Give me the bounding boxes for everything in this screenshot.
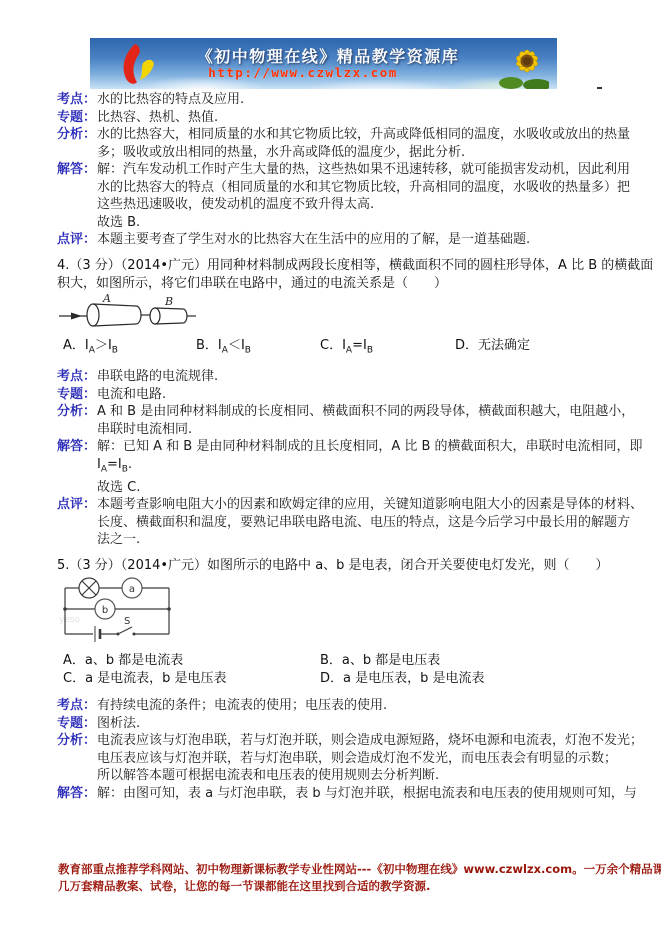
q3-zhuanti-row: 专题： 比热容、热机、热值. bbox=[57, 109, 630, 127]
q4-option-d: D．无法确定 bbox=[455, 334, 530, 353]
q3-fenxi-line2: 多；吸收或放出相同的热量，水升高或降低的温度少，据此分析. bbox=[97, 144, 630, 162]
q4-fenxi-line1: A 和 B 是由同种材料制成的长度相同、横截面积不同的两段导体，横截面积越大，电… bbox=[97, 403, 634, 421]
conductor-b-label: B bbox=[164, 295, 173, 308]
q3-jieda-line1: 解：汽车发动机工作时产生大量的热，这些热如果不迅速转移，就可能损害发动机，因此利… bbox=[97, 161, 630, 179]
q4-fenxi-row: 分析： A 和 B 是由同种材料制成的长度相同、横截面积不同的两段导体，横截面积… bbox=[57, 403, 643, 438]
q5-option-d: D．a 是电压表，b 是电流表 bbox=[320, 667, 485, 686]
stray-mark bbox=[597, 87, 602, 89]
fenxi-label: 分析： bbox=[57, 403, 97, 421]
q4-jieda-line1: 解：已知 A 和 B 是由同种材料制成的且长度相同，A 比 B 的横截面积大，串… bbox=[97, 438, 643, 456]
q5-circuit-diagram: yeso a b S bbox=[57, 576, 182, 646]
q5-zhuanti-text: 图析法. bbox=[97, 715, 140, 733]
jieda-label: 解答： bbox=[57, 438, 97, 456]
meter-b-label: b bbox=[102, 605, 108, 616]
jieda-label: 解答： bbox=[57, 785, 97, 803]
q3-jieda-line2: 水的比热容大的特点（相同质量的水和其它物质比较，升高相同的温度，水吸收的热量多）… bbox=[97, 179, 630, 197]
meter-a-label: a bbox=[129, 584, 135, 595]
q4-conductors-diagram: A B bbox=[57, 293, 197, 333]
q4-fenxi-line2: 串联时电流相同. bbox=[97, 421, 634, 439]
q5-fenxi-line2: 电压表应该与灯泡并联，若与灯泡串联，则会造成灯泡不发光，而电压表会有明显的示数； bbox=[97, 750, 643, 768]
q4-answer-choice: 故选 C. bbox=[97, 479, 643, 497]
jieda-label: 解答： bbox=[57, 161, 97, 179]
sunflower-icon bbox=[497, 39, 549, 89]
q4-answer-block: 考点： 串联电路的电流规律. 专题： 电流和电路. 分析： A 和 B 是由同种… bbox=[57, 368, 643, 549]
q5-text-line1: 5.（3 分）（2014•广元）如图所示的电路中 a、b 是电表，闭合开关要使电… bbox=[57, 557, 609, 575]
q5-fenxi-row: 分析： 电流表应该与灯泡串联，若与灯泡并联，则会造成电源短路，烧坏电源和电流表，… bbox=[57, 732, 643, 785]
banner-url: http://www.czwlzx.com bbox=[178, 65, 428, 80]
q3-fenxi-line1: 水的比热容大，相同质量的水和其它物质比较，升高或降低相同的温度，水吸收或放出的热… bbox=[97, 126, 630, 144]
q5-options-row2: C．a 是电流表，b 是电压表 D．a 是电压表，b 是电流表 bbox=[0, 667, 661, 687]
q3-zhuanti-text: 比热容、热机、热值. bbox=[97, 109, 218, 127]
q4-option-a: A．IA＞IB bbox=[63, 334, 118, 356]
q3-answer-choice: 故选 B. bbox=[97, 214, 630, 232]
zhuanti-label: 专题： bbox=[57, 386, 97, 404]
q4-zhuanti-row: 专题： 电流和电路. bbox=[57, 386, 643, 404]
q4-kaodian-text: 串联电路的电流规律. bbox=[97, 368, 218, 386]
footer-line1: 教育部重点推荐学科网站、初中物理新课标教学专业性网站---《初中物理在线》www… bbox=[58, 861, 628, 878]
kaodian-label: 考点： bbox=[57, 697, 97, 715]
q4-dianping-line1: 本题考查影响电阻大小的因素和欧姆定律的应用，关键知道影响电阻大小的因素是导体的材… bbox=[97, 496, 643, 514]
switch-s-label: S bbox=[124, 616, 130, 627]
question-5: 5.（3 分）（2014•广元）如图所示的电路中 a、b 是电表，闭合开关要使电… bbox=[57, 557, 609, 575]
q4-text-line2: 积大，如图所示，将它们串联在电路中，通过的电流关系是（ ） bbox=[57, 275, 653, 293]
site-banner: 《初中物理在线》精品教学资源库 http://www.czwlzx.com bbox=[90, 38, 557, 89]
q3-jieda-row: 解答： 解：汽车发动机工作时产生大量的热，这些热如果不迅速转移，就可能损害发动机… bbox=[57, 161, 630, 231]
kaodian-label: 考点： bbox=[57, 368, 97, 386]
q5-kaodian-row: 考点： 有持续电流的条件；电流表的使用；电压表的使用. bbox=[57, 697, 643, 715]
q5-option-b: B．a、b 都是电压表 bbox=[320, 649, 440, 668]
q5-option-a: A．a、b 都是电流表 bbox=[63, 649, 183, 668]
q4-text-line1: 4.（3 分）（2014•广元）用同种材料制成两段长度相等，横截面积不同的圆柱形… bbox=[57, 257, 653, 275]
q4-dianping-row: 点评： 本题考查影响电阻大小的因素和欧姆定律的应用，关键知道影响电阻大小的因素是… bbox=[57, 496, 643, 549]
q4-kaodian-row: 考点： 串联电路的电流规律. bbox=[57, 368, 643, 386]
question-4: 4.（3 分）（2014•广元）用同种材料制成两段长度相等，横截面积不同的圆柱形… bbox=[57, 257, 653, 292]
q5-options-row1: A．a、b 都是电流表 B．a、b 都是电压表 bbox=[0, 649, 661, 669]
q3-dianping-text: 本题主要考查了学生对水的比热容大在生活中的应用的了解，是一道基础题. bbox=[97, 231, 530, 249]
kaodian-label: 考点： bbox=[57, 91, 97, 109]
fenxi-label: 分析： bbox=[57, 126, 97, 144]
q5-option-c: C．a 是电流表，b 是电压表 bbox=[63, 667, 227, 686]
fenxi-label: 分析： bbox=[57, 732, 97, 750]
footer-line2: 几万套精品教案、试卷，让您的每一节课都能在这里找到合适的教学资源. bbox=[58, 878, 628, 895]
q5-fenxi-line1: 电流表应该与灯泡串联，若与灯泡并联，则会造成电源短路，烧坏电源和电流表，灯泡不发… bbox=[97, 732, 643, 750]
page-footer: 教育部重点推荐学科网站、初中物理新课标教学专业性网站---《初中物理在线》www… bbox=[58, 861, 628, 894]
q4-dianping-line2: 长度、横截面积和温度，要熟记串联电路电流、电压的特点，这是今后学习中最长用的解题… bbox=[97, 514, 643, 532]
zhuanti-label: 专题： bbox=[57, 715, 97, 733]
conductor-a-label: A bbox=[102, 293, 111, 305]
q5-jieda-line1: 解：由图可知，表 a 与灯泡串联，表 b 与灯泡并联，根据电流表和电压表的使用规… bbox=[97, 785, 637, 803]
q5-kaodian-text: 有持续电流的条件；电流表的使用；电压表的使用. bbox=[97, 697, 387, 715]
dianping-label: 点评： bbox=[57, 231, 97, 249]
q3-dianping-row: 点评： 本题主要考查了学生对水的比热容大在生活中的应用的了解，是一道基础题. bbox=[57, 231, 630, 249]
q4-jieda-row: 解答： 解：已知 A 和 B 是由同种材料制成的且长度相同，A 比 B 的横截面… bbox=[57, 438, 643, 496]
banner-title: 《初中物理在线》精品教学资源库 bbox=[178, 44, 478, 67]
q3-answer-block: 考点： 水的比热容的特点及应用. 专题： 比热容、热机、热值. 分析： 水的比热… bbox=[57, 91, 630, 249]
dianping-label: 点评： bbox=[57, 496, 97, 514]
document-page: 《初中物理在线》精品教学资源库 http://www.czwlzx.com 考点… bbox=[0, 0, 661, 936]
q4-options: A．IA＞IB B．IA＜IB C．IA=IB D．无法确定 bbox=[0, 334, 661, 354]
site-logo-icon bbox=[118, 43, 162, 87]
q3-kaodian-row: 考点： 水的比热容的特点及应用. bbox=[57, 91, 630, 109]
q5-jieda-row: 解答： 解：由图可知，表 a 与灯泡串联，表 b 与灯泡并联，根据电流表和电压表… bbox=[57, 785, 643, 803]
q3-jieda-line3: 这些热迅速吸收，使发动机的温度不致升得太高. bbox=[97, 196, 630, 214]
watermark-text: yeso bbox=[59, 615, 81, 625]
q4-zhuanti-text: 电流和电路. bbox=[97, 386, 166, 404]
q4-option-c: C．IA=IB bbox=[320, 334, 373, 356]
q4-option-b: B．IA＜IB bbox=[196, 334, 251, 356]
q5-zhuanti-row: 专题： 图析法. bbox=[57, 715, 643, 733]
q4-jieda-formula: IA=IB. bbox=[97, 456, 643, 479]
zhuanti-label: 专题： bbox=[57, 109, 97, 127]
q5-answer-block: 考点： 有持续电流的条件；电流表的使用；电压表的使用. 专题： 图析法. 分析：… bbox=[57, 697, 643, 802]
q4-dianping-line3: 法之一. bbox=[97, 531, 643, 549]
q3-fenxi-row: 分析： 水的比热容大，相同质量的水和其它物质比较，升高或降低相同的温度，水吸收或… bbox=[57, 126, 630, 161]
q3-kaodian-text: 水的比热容的特点及应用. bbox=[97, 91, 244, 109]
q5-fenxi-line3: 所以解答本题可根据电流表和电压表的使用规则去分析判断. bbox=[97, 767, 643, 785]
